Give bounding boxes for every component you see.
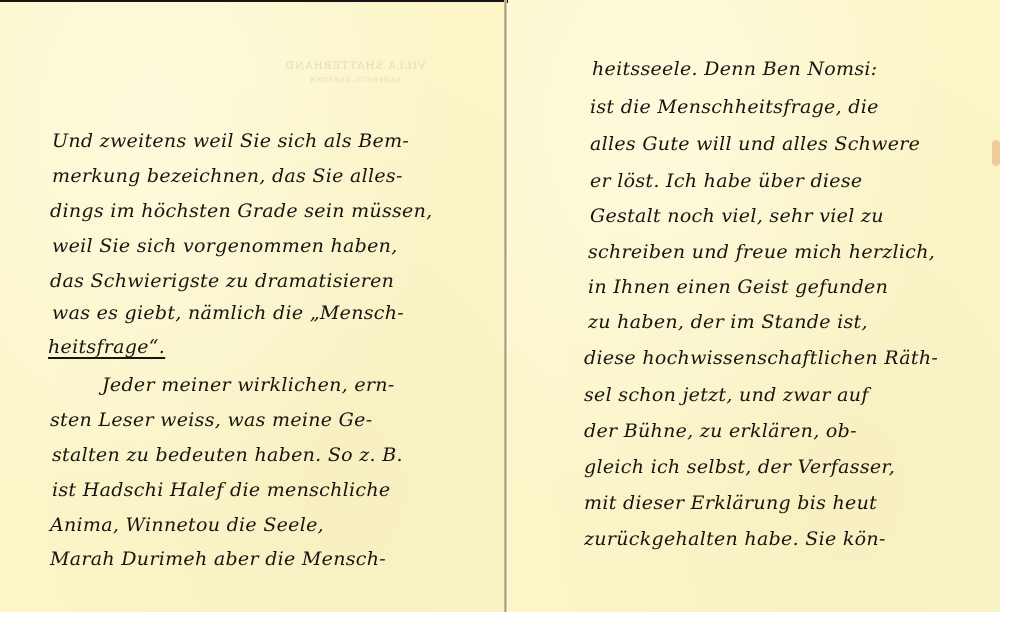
handwritten-line: was es giebt, nämlich die „Mensch-	[52, 302, 404, 324]
handwritten-line: der Bühne, zu erklären, ob-	[584, 420, 857, 442]
left-page: VILLA SHATTERHAND RADEBEUL-DRESDEN Und z…	[0, 2, 505, 612]
handwritten-line: Jeder meiner wirklichen, ern-	[102, 374, 395, 396]
scanned-letter: VILLA SHATTERHAND RADEBEUL-DRESDEN Und z…	[0, 0, 1024, 621]
handwritten-line: sten Leser weiss, was meine Ge-	[50, 409, 372, 431]
right-page: heitsseele. Denn Ben Nomsi: ist die Mens…	[508, 0, 1000, 612]
handwritten-line: Anima, Winnetou die Seele,	[50, 514, 324, 536]
scan-margin	[1000, 0, 1024, 621]
left-page-text: Und zweitens weil Sie sich als Bem- merk…	[0, 2, 505, 612]
handwritten-line: Marah Durimeh aber die Mensch-	[50, 548, 386, 570]
handwritten-line-underlined: heitsfrage“.	[48, 336, 165, 358]
handwritten-line: weil Sie sich vorgenommen haben,	[52, 235, 398, 257]
handwritten-line: schreiben und freue mich herzlich,	[588, 241, 935, 263]
handwritten-line: ist die Menschheitsfrage, die	[590, 96, 879, 118]
handwritten-line: dings im höchsten Grade sein müssen,	[50, 200, 432, 222]
handwritten-line: alles Gute will und alles Schwere	[590, 133, 920, 155]
handwritten-line: diese hochwissenschaftlichen Räth-	[584, 347, 938, 369]
handwritten-line: er löst. Ich habe über diese	[590, 170, 862, 192]
handwritten-line: Und zweitens weil Sie sich als Bem-	[52, 130, 409, 152]
handwritten-line: zu haben, der im Stande ist,	[588, 311, 868, 333]
handwritten-line: mit dieser Erklärung bis heut	[584, 492, 877, 514]
handwritten-line: Gestalt noch viel, sehr viel zu	[590, 205, 884, 227]
handwritten-line: heitsseele. Denn Ben Nomsi:	[592, 58, 877, 80]
handwritten-line: das Schwierigste zu dramatisieren	[50, 270, 394, 292]
handwritten-line: zurückgehalten habe. Sie kön-	[584, 528, 886, 550]
handwritten-line: stalten zu bedeuten haben. So z. B.	[52, 444, 403, 466]
right-page-text: heitsseele. Denn Ben Nomsi: ist die Mens…	[508, 0, 1000, 612]
handwritten-line: ist Hadschi Halef die menschliche	[52, 479, 390, 501]
handwritten-line: gleich ich selbst, der Verfasser,	[584, 456, 895, 478]
handwritten-line: in Ihnen einen Geist gefunden	[588, 276, 888, 298]
handwritten-line: merkung bezeichnen, das Sie alles-	[52, 165, 403, 187]
page-fold	[504, 0, 507, 612]
paper-stain	[992, 140, 1000, 166]
handwritten-line: sel schon jetzt, und zwar auf	[584, 384, 869, 406]
